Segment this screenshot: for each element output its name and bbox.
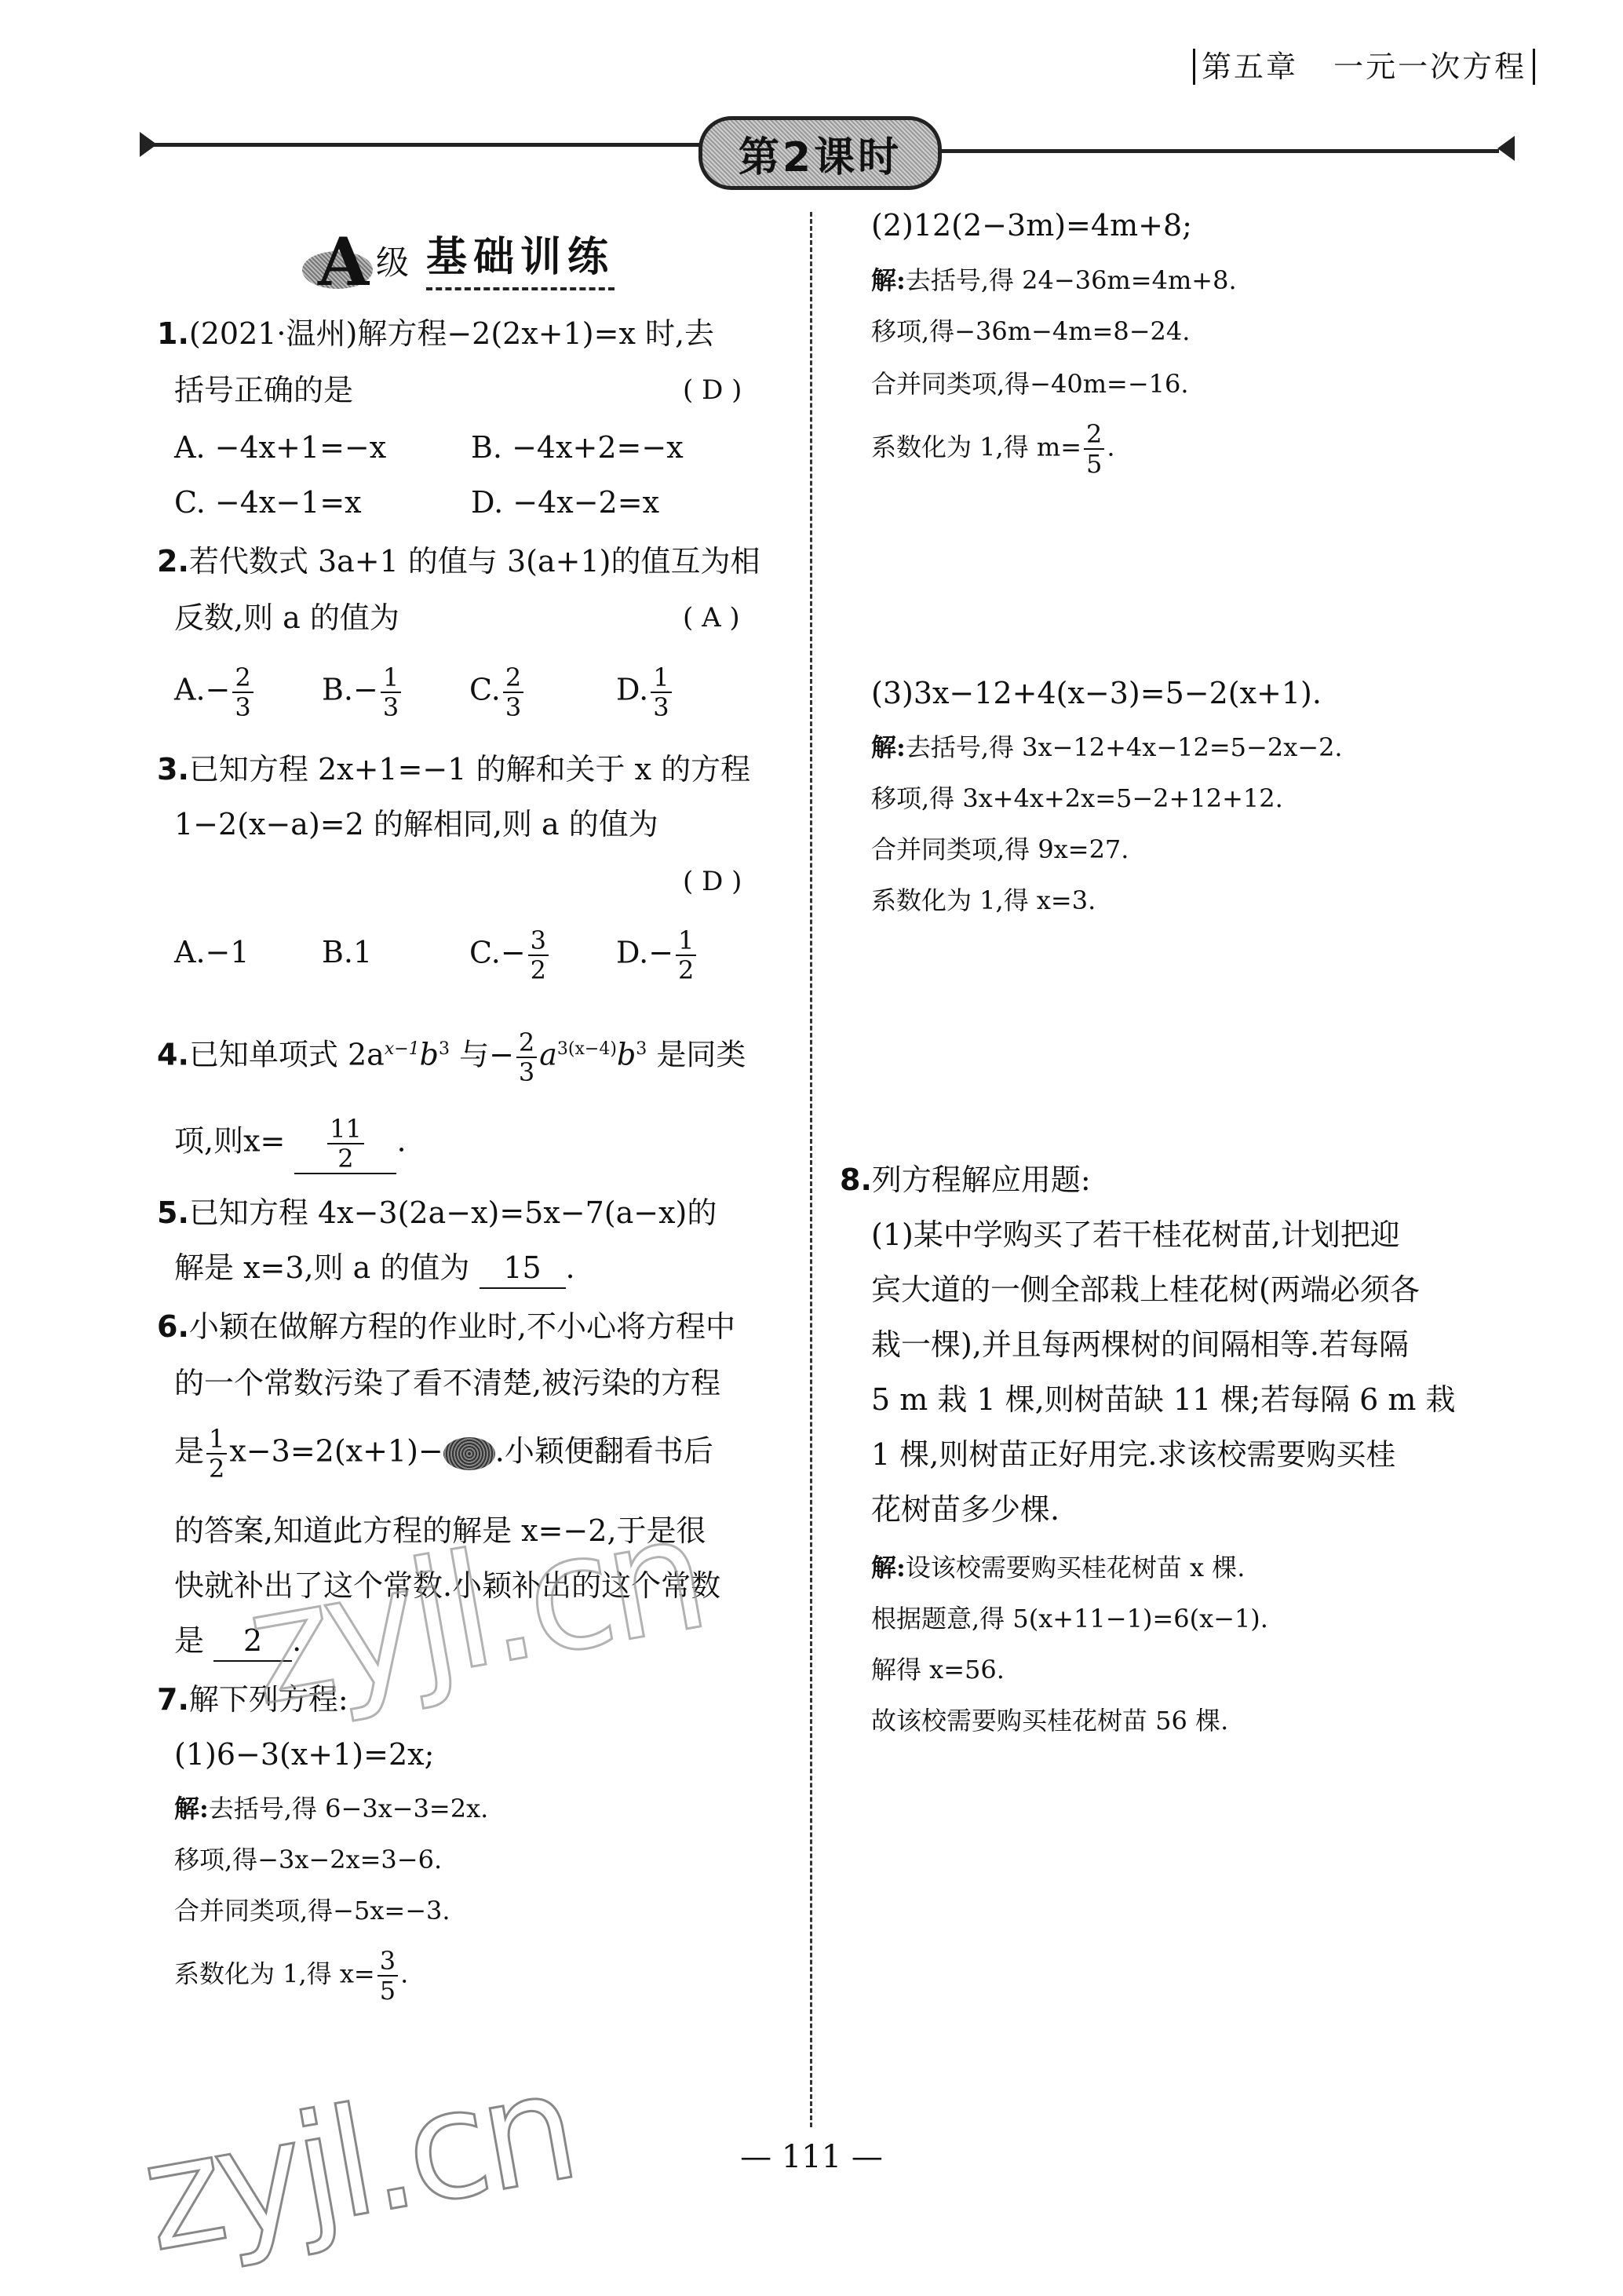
section-name: 基础训练 [426,224,615,290]
question-2-answer: ( A ) [683,598,740,637]
q7-part2-final: 系数化为 1,得 m=25. [871,420,1115,478]
chapter-title: 一元一次方程 [1333,49,1526,84]
question-6-line2: 的一个常数污染了看不清楚,被污染的方程 [174,1363,720,1403]
q3-option-b: B.1 [322,933,372,972]
q7-part2-problem: (2)12(2−3m)=4m+8; [871,206,1192,245]
question-6-line3: 是12x−3=2(x+1)−.小颖便翻看书后 [174,1425,713,1483]
header-rule-right [930,149,1499,153]
question-3-line1: 3.已知方程 2x+1=−1 的解和关于 x 的方程 [157,750,750,789]
level-a-logo-icon: A [302,228,373,290]
ink-blot-icon [443,1437,495,1470]
q2-option-b: B.−13 [322,663,403,721]
q7-part2-step1: 解:去括号,得 24−36m=4m+8. [871,263,1237,297]
q2-option-c: C.23 [469,663,526,721]
q1-option-a: A. −4x+1=−x [174,428,386,467]
q7-part3-step3: 合并同类项,得 9x=27. [871,832,1129,867]
q5-answer-blank: 15 [480,1248,566,1289]
q1-option-c: C. −4x−1=x [174,483,362,522]
q3-option-d: D.−12 [616,926,698,984]
q7-part3-step4: 系数化为 1,得 x=3. [871,883,1096,918]
question-5-line1: 5.已知方程 4x−3(2a−x)=5x−7(a−x)的 [157,1193,717,1232]
q8-text-line4: 5 m 栽 1 棵,则树苗缺 11 棵;若每隔 6 m 栽 [871,1380,1456,1419]
header-rule-left [153,143,702,147]
q8-text-line3: 栽一棵),并且每两棵树的间隔相等.若每隔 [871,1325,1409,1364]
q8-text-line5: 1 棵,则树苗正好用完.求该校需要购买桂 [871,1435,1395,1474]
lesson-title: 第2课时 [739,124,902,183]
q7-part2-step2: 移项,得−36m−4m=8−24. [871,314,1190,349]
q7-part1-problem: (1)6−3(x+1)=2x; [174,1735,434,1774]
question-2-line1: 2.若代数式 3a+1 的值与 3(a+1)的值互为相 [157,542,760,581]
q8-text-line6: 花树苗多少棵. [871,1490,1060,1529]
question-4-line1: 4.已知单项式 2ax−1b3 与−23a3(x−4)b3 是同类 [157,1028,746,1086]
level-letter: A [318,223,369,301]
question-3-answer: ( D ) [683,862,742,901]
question-8-title: 8.列方程解应用题: [840,1160,1091,1199]
q7-part1-step1: 解:去括号,得 6−3x−3=2x. [174,1791,488,1826]
column-divider [810,212,812,2127]
question-1-line1: 1.(2021·温州)解方程−2(2x+1)=x 时,去 [157,314,714,353]
q4-answer-blank: 112 [294,1115,396,1174]
q8-solution-line2: 根据题意,得 5(x+11−1)=6(x−1). [871,1601,1268,1636]
section-title: A 级 基础训练 [302,224,615,290]
question-2-line2: 反数,则 a 的值为 [174,598,399,637]
q8-text-line2: 宾大道的一侧全部栽上桂花树(两端必须各 [871,1270,1420,1309]
q1-option-d: D. −4x−2=x [471,483,659,522]
question-1-line2: 括号正确的是 [174,370,353,410]
level-suffix: 级 [376,237,409,284]
q7-part1-step3: 合并同类项,得−5x=−3. [174,1893,450,1928]
q7-part1-final: 系数化为 1,得 x=35. [174,1947,408,2005]
q2-option-a: A.−23 [174,663,256,721]
q1-option-b: B. −4x+2=−x [471,428,684,467]
question-3-line2: 1−2(x−a)=2 的解相同,则 a 的值为 [174,805,658,844]
question-1-answer: ( D ) [683,370,742,410]
q7-part3-step1: 解:去括号,得 3x−12+4x−12=5−2x−2. [871,730,1343,765]
question-4-line2: 项,则x= 112. [174,1115,407,1174]
q7-part3-problem: (3)3x−12+4(x−3)=5−2(x+1). [871,673,1322,713]
q8-text-line1: (1)某中学购买了若干桂花树苗,计划把迎 [871,1215,1400,1254]
q8-solution-line1: 解:设该校需要购买桂花树苗 x 棵. [871,1550,1245,1585]
q8-solution-line3: 解得 x=56. [871,1652,1005,1687]
q7-part1-step2: 移项,得−3x−2x=3−6. [174,1842,442,1877]
q2-option-d: D.13 [616,663,674,721]
question-5-line2: 解是 x=3,则 a 的值为 15. [174,1248,575,1289]
watermark-bottom: zyjl.cn [131,2039,584,2285]
q3-option-a: A.−1 [174,933,250,972]
q7-part3-step2: 移项,得 3x+4x+2x=5−2+12+12. [871,781,1283,816]
lesson-badge: 第2课时 [698,116,942,190]
rule-arrow-right-icon [1497,136,1515,161]
q8-solution-line4: 故该校需要购买桂花树苗 56 棵. [871,1703,1228,1738]
q3-option-c: C.−32 [469,926,551,984]
chapter-label: 第五章 [1202,49,1298,84]
chapter-header: 第五章 一元一次方程 [1193,49,1535,85]
q7-part2-step3: 合并同类项,得−40m=−16. [871,367,1189,401]
question-6-line1: 6.小颖在做解方程的作业时,不小心将方程中 [157,1307,735,1346]
